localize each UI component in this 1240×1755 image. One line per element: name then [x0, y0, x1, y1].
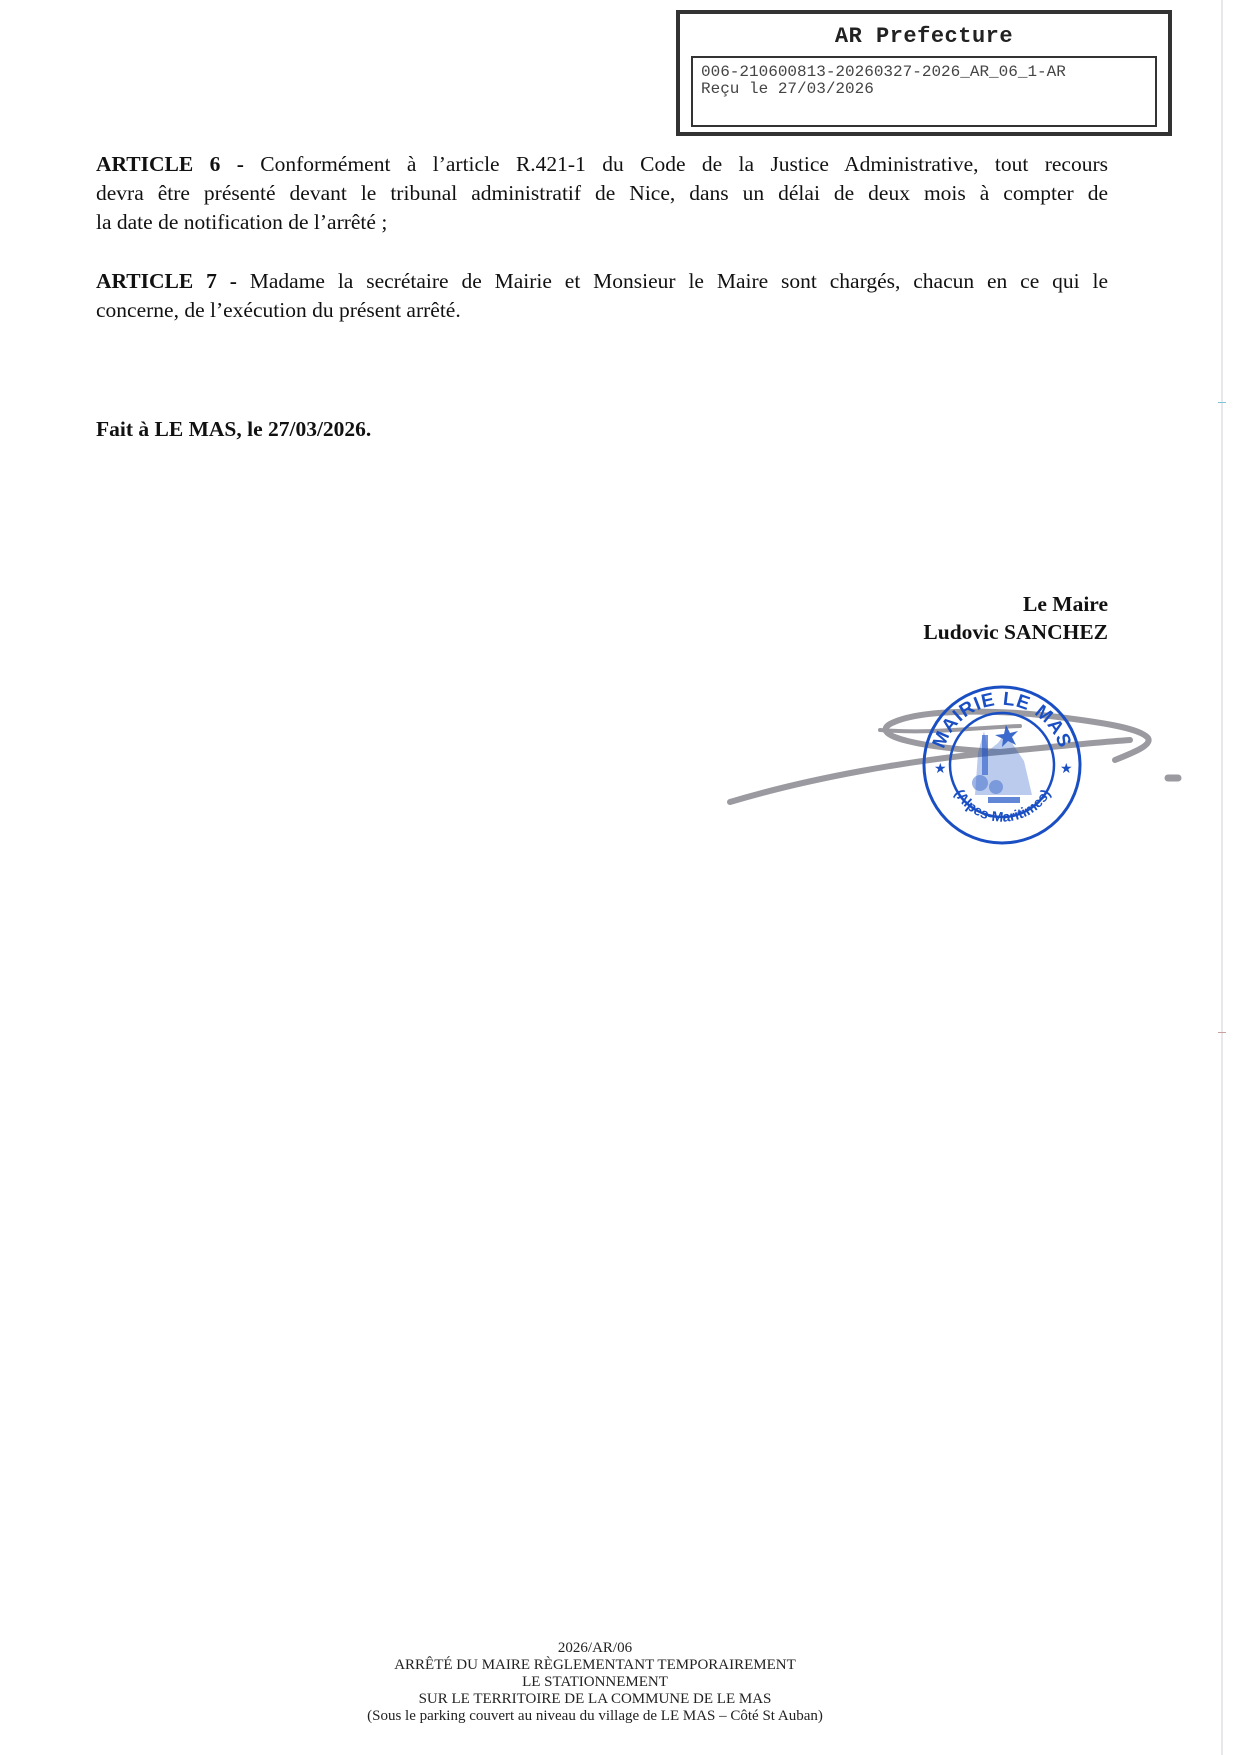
- signatory-block: Le Maire Ludovic SANCHEZ: [923, 590, 1108, 646]
- footer-line: LE STATIONNEMENT: [0, 1674, 1190, 1691]
- footer-line: ARRÊTÉ DU MAIRE RÈGLEMENTANT TEMPORAIREM…: [0, 1657, 1190, 1674]
- signatory-title: Le Maire: [923, 590, 1108, 618]
- article-6-text: Conformément à l’article R.421-1 du Code…: [244, 152, 1108, 176]
- article-6-line-2: devra être présenté devant le tribunal a…: [96, 179, 1108, 208]
- article-7-label: ARTICLE 7 -: [96, 269, 237, 293]
- place-and-date: Fait à LE MAS, le 27/03/2026.: [96, 417, 371, 442]
- article-6-label: ARTICLE 6 -: [96, 152, 244, 176]
- footer-line: (Sous le parking couvert au niveau du vi…: [0, 1708, 1190, 1725]
- ar-prefecture-stamp: AR Prefecture 006-210600813-20260327-202…: [676, 10, 1172, 136]
- article-6-line-3: la date de notification de l’arrêté ;: [96, 208, 1108, 237]
- article-7-line-2: concerne, de l’exécution du présent arrê…: [96, 296, 1108, 325]
- stamp-details: 006-210600813-20260327-2026_AR_06_1-AR R…: [691, 56, 1157, 127]
- footer-reference: 2026/AR/06: [0, 1640, 1190, 1657]
- article-6: ARTICLE 6 - Conformément à l’article R.4…: [96, 150, 1108, 237]
- article-6-line-1: ARTICLE 6 - Conformément à l’article R.4…: [96, 150, 1108, 179]
- footer-line: SUR LE TERRITOIRE DE LA COMMUNE DE LE MA…: [0, 1691, 1190, 1708]
- scan-mark: [1218, 402, 1226, 403]
- signatory-name: Ludovic SANCHEZ: [923, 618, 1108, 646]
- star-icon: ★: [934, 761, 947, 777]
- scan-mark: [1218, 1032, 1226, 1033]
- stamp-reference: 006-210600813-20260327-2026_AR_06_1-AR: [701, 64, 1147, 81]
- stamp-title: AR Prefecture: [680, 24, 1168, 49]
- article-7-text: Madame la secrétaire de Mairie et Monsie…: [237, 269, 1108, 293]
- document-footer: 2026/AR/06 ARRÊTÉ DU MAIRE RÈGLEMENTANT …: [0, 1640, 1190, 1725]
- mairie-seal-stamp: MAIRIE LE MAS (Alpes-Maritimes) ★ ★: [920, 683, 1085, 848]
- star-icon: ★: [1060, 761, 1073, 777]
- page-edge-line: [1221, 0, 1223, 1755]
- stamp-received-date: Reçu le 27/03/2026: [701, 81, 1147, 98]
- article-7-line-1: ARTICLE 7 - Madame la secrétaire de Mair…: [96, 267, 1108, 296]
- village-emblem-icon: [972, 725, 1032, 803]
- article-7: ARTICLE 7 - Madame la secrétaire de Mair…: [96, 267, 1108, 325]
